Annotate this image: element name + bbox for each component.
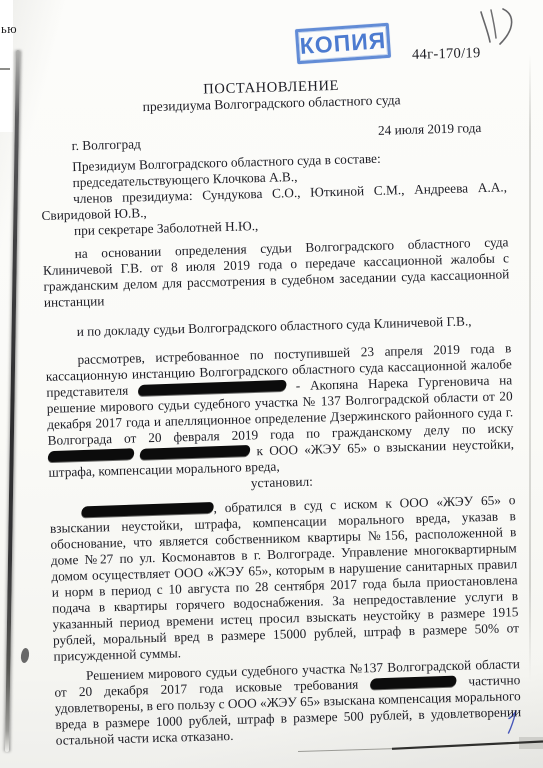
neighbour-page-text-fragment: ью: [1, 22, 17, 37]
claim-paragraph: , обратился в суд с иском к ООО «ЖЭУ 65»…: [49, 492, 519, 665]
redaction-bar: [47, 448, 135, 462]
redaction-bar: [81, 502, 215, 518]
scan-artifact-tick: [0, 68, 10, 70]
basis-paragraph: на основании определения судьи Волгоград…: [42, 234, 510, 311]
scanner-edge-strip: [0, 0, 13, 132]
case-number: 44г-170/19: [412, 45, 481, 64]
decision-paragraph: Решением мирового судьи судебного участк…: [54, 656, 522, 749]
claim-text: , обратился в суд с иском к ООО «ЖЭУ 65»…: [50, 492, 519, 664]
handwritten-mark-icon: [473, 6, 521, 50]
redaction-bar: [139, 445, 251, 460]
document-body: ПОСТАНОВЛЕНИЕ президиума Волгоградского …: [38, 71, 522, 748]
redaction-bar: [370, 676, 458, 690]
redaction-bar: [137, 380, 287, 396]
page-right-edge-line: [529, 55, 531, 680]
reviewed-paragraph: рассмотрев, истребованное по поступившей…: [45, 340, 514, 481]
report-paragraph: и по докладу судьи Волгоградского област…: [45, 312, 511, 341]
copy-stamp: КОПИЯ: [295, 23, 391, 64]
